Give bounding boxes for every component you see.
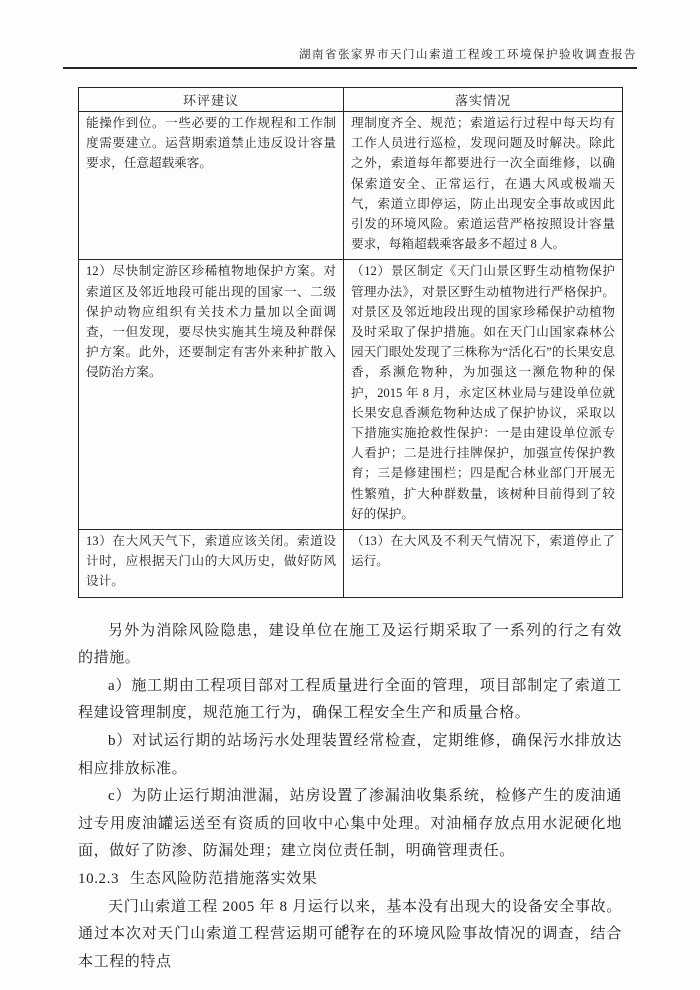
paragraph-item-c: c）为防止运行期油泄漏，站房设置了渗漏油收集系统，检修产生的废油通过专用废油罐运… xyxy=(78,783,622,866)
table-row: 能操作到位。一些必要的工作规程和工作制度需要建立。运营期索道禁止违反设计容量要求… xyxy=(79,112,623,260)
suggestion-cell: 能操作到位。一些必要的工作规程和工作制度需要建立。运营期索道禁止违反设计容量要求… xyxy=(79,112,344,260)
section-heading-10-2-3: 10.2.3生态风险防范措施落实效果 xyxy=(78,866,622,894)
section-number: 10.2.3 xyxy=(78,871,119,887)
implementation-cell: （13）在大风及不利天气情况下，索道停止了运行。 xyxy=(344,530,623,598)
page-header-title: 湖南省张家界市天门山索道工程竣工环境保护验收调查报告 xyxy=(63,46,637,69)
table-row: 12）尽快制定游区珍稀植物地保护方案。对索道区及邻近地段可能出现的国家一、二级保… xyxy=(79,260,623,530)
eia-suggestions-table: 环评建议 落实情况 能操作到位。一些必要的工作规程和工作制度需要建立。运营期索道… xyxy=(78,87,623,598)
table-row: 13）在大风天气下，索道应该关闭。索道设计时，应根据天门山的大风历史，做好防风设… xyxy=(79,530,623,598)
column-header-implementation: 落实情况 xyxy=(344,88,623,112)
page-number: 83 xyxy=(0,921,700,936)
implementation-cell: （12）景区制定《天门山景区野生动植物保护管理办法》，对景区野生动植物进行严格保… xyxy=(344,260,623,530)
document-page: 湖南省张家界市天门山索道工程竣工环境保护验收调查报告 环评建议 落实情况 能操作… xyxy=(0,0,700,990)
suggestion-cell: 12）尽快制定游区珍稀植物地保护方案。对索道区及邻近地段可能出现的国家一、二级保… xyxy=(79,260,344,530)
implementation-cell: 理制度齐全、规范；索道运行过程中每天均有工作人员进行巡检，发现问题及时解决。除此… xyxy=(344,112,623,260)
table-header-row: 环评建议 落实情况 xyxy=(79,88,623,112)
paragraph-risk-measures-intro: 另外为消除风险隐患，建设单位在施工及运行期采取了一系列的行之有效的措施。 xyxy=(78,618,622,673)
suggestion-cell: 13）在大风天气下，索道应该关闭。索道设计时，应根据天门山的大风历史，做好防风设… xyxy=(79,530,344,598)
paragraph-item-a: a）施工期由工程项目部对工程质量进行全面的管理，项目部制定了索道工程建设管理制度… xyxy=(78,673,622,728)
section-title: 生态风险防范措施落实效果 xyxy=(130,871,317,887)
column-header-suggestion: 环评建议 xyxy=(79,88,344,112)
paragraph-item-b: b）对试运行期的站场污水处理装置经常检查，定期维修，确保污水排放达相应排放标准。 xyxy=(78,728,622,783)
